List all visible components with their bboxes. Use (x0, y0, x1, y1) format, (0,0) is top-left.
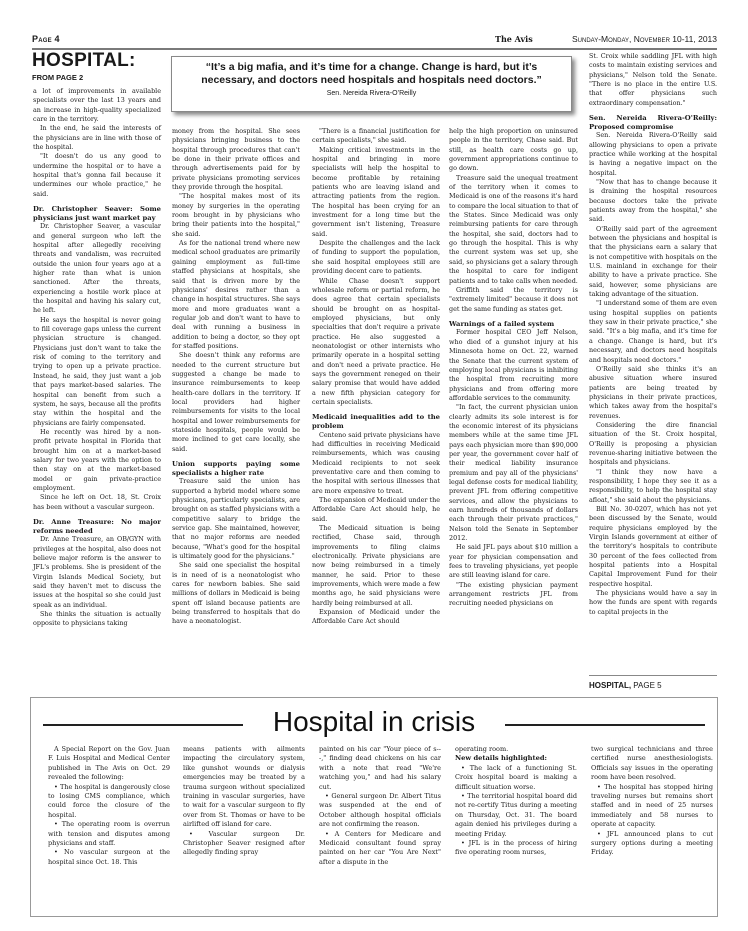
paragraph: Despite the challenges and the lack of f… (312, 239, 440, 276)
paragraph: He says the hospital is never going to f… (33, 316, 161, 428)
paragraph: Making critical investments in the hospi… (312, 146, 440, 239)
paragraph: "I think they now have a responsibility,… (589, 468, 717, 505)
paragraph: Centeno said private physicians have had… (312, 431, 440, 496)
article-column-4: help the high proportion on uninsured pe… (449, 127, 578, 609)
jump-label: HOSPITAL, (589, 681, 631, 690)
article-column-1: a lot of improvements in available speci… (33, 87, 161, 629)
paragraph: • Vascular surgeon Dr. Christopher Seave… (183, 830, 305, 858)
paragraph: Considering the dire financial situation… (589, 421, 717, 468)
paragraph: She said one specialist the hospital is … (172, 561, 300, 626)
paragraph: "The hospital makes most of its money by… (172, 192, 300, 239)
paragraph: Griffith said the territory is "extremel… (449, 286, 578, 314)
sidebar-column-3: painted on his car "Your piece of s---,"… (319, 745, 441, 867)
sidebar-column-5: two surgical technicians and three certi… (591, 745, 713, 858)
article-kicker: HOSPITAL: FROM PAGE 2 (32, 51, 162, 82)
paragraph: Treasure said the unequal treatment of t… (449, 174, 578, 286)
paragraph: painted on his car "Your piece of s---,"… (319, 745, 441, 792)
sidebar-column-4: operating room.New details highlighted:•… (455, 745, 577, 858)
title-rule-left (43, 724, 243, 726)
paragraph: The expansion of Medicaid under the Affo… (312, 496, 440, 524)
paragraph: Bill No. 30-0207, which has not yet been… (589, 505, 717, 589)
paragraph: Dr. Christopher Seaver, a vascular and g… (33, 222, 161, 315)
paragraph: The Medicaid situation is being rectifie… (312, 524, 440, 608)
paragraph: O'Reilly said part of the agreement betw… (589, 225, 717, 300)
paragraph: Treasure said the union has supported a … (172, 477, 300, 561)
paragraph: "In fact, the current physician union cl… (449, 403, 578, 543)
paragraph: help the high proportion on uninsured pe… (449, 127, 578, 174)
paragraph: • The operating room is overrun with ten… (48, 820, 170, 848)
article-column-2: money from the hospital. She sees physic… (172, 127, 300, 627)
continued-on-jump-line[interactable]: HOSPITAL, PAGE 5 (589, 675, 717, 690)
paragraph: He recently was hired by a non-profit pr… (33, 428, 161, 493)
subhead: New details highlighted: (455, 754, 577, 763)
title-rule-right (505, 724, 705, 726)
paragraph: • JFL announced plans to cut surgery opt… (591, 830, 713, 858)
paragraph: Since he left on Oct. 18, St. Croix has … (33, 493, 161, 512)
paragraph: • The hospital is dangerously close to l… (48, 783, 170, 821)
paragraph: • No vascular surgeon at the hospital si… (48, 848, 170, 867)
subhead: Dr. Anne Treasure: No major reforms need… (33, 518, 161, 535)
paragraph: • JFL is in the process of hiring five o… (455, 839, 577, 858)
pull-quote-attribution: Sen. Nereida Rivera-O’Reilly (172, 90, 571, 97)
paragraph: Sen. Nereida Rivera-O'Reilly said allowi… (589, 131, 717, 178)
paragraph: O'Reilly said she thinks it's an abusive… (589, 365, 717, 421)
paragraph: • General surgeon Dr. Albert Titus was s… (319, 792, 441, 830)
paragraph: money from the hospital. She sees physic… (172, 127, 300, 192)
subhead: Union supports paying some specialists a… (172, 460, 300, 477)
paragraph: She thinks the situation is actually opp… (33, 610, 161, 629)
paragraph: He said JFL pays about $10 million a yea… (449, 543, 578, 580)
paragraph: • The lack of a functioning St. Croix ho… (455, 764, 577, 792)
sidebar-column-2: means patients with ailments impacting t… (183, 745, 305, 858)
paragraph: A Special Report on the Gov. Juan F. Lui… (48, 745, 170, 783)
paragraph: In the end, he said the interests of the… (33, 124, 161, 152)
paragraph: "I understand some of them are even usin… (589, 299, 717, 364)
paragraph: St. Croix while saddling JFL with high c… (589, 52, 717, 108)
hospital-in-crisis-sidebar: Hospital in crisis A Special Report on t… (30, 697, 718, 917)
paragraph: Former hospital CEO Jeff Nelson, who die… (449, 328, 578, 403)
subhead: Warnings of a failed system (449, 320, 578, 329)
page-number: Page 4 (32, 34, 60, 44)
paragraph: As for the national trend where new medi… (172, 239, 300, 351)
issue-date: Sunday-Monday, November 10-11, 2013 (572, 34, 717, 44)
jump-page: PAGE 5 (631, 681, 662, 690)
paragraph: "There is a financial justification for … (312, 127, 440, 146)
paragraph: • The hospital has stopped hiring travel… (591, 783, 713, 830)
pull-quote-text: “It’s a big mafia, and it’s time for a c… (172, 61, 571, 86)
paragraph: Dr. Anne Treasure, an OB/GYN with privil… (33, 535, 161, 610)
paragraph: Expansion of Medicaid under the Affordab… (312, 608, 440, 627)
sidebar-column-1: A Special Report on the Gov. Juan F. Lui… (48, 745, 170, 867)
subhead: Sen. Nereida Rivera-O'Reilly: Proposed c… (589, 114, 717, 131)
paragraph: a lot of improvements in available speci… (33, 87, 161, 124)
article-column-5: St. Croix while saddling JFL with high c… (589, 52, 717, 617)
paragraph: "It doesn't do us any good to undermine … (33, 152, 161, 199)
paragraph: "The existing physician payment arrangem… (449, 581, 578, 609)
paragraph: She doesn't think any reforms are needed… (172, 351, 300, 454)
paragraph: "Now that has to change because it is dr… (589, 178, 717, 225)
paragraph: While Chase doesn't support wholesale re… (312, 277, 440, 408)
page-header: Page 4 The Avis Sunday-Monday, November … (32, 34, 717, 50)
kicker-title: HOSPITAL: (32, 51, 162, 71)
sidebar-title: Hospital in crisis (263, 706, 485, 737)
subhead: Medicaid inequalities add to the problem (312, 413, 440, 430)
paragraph: two surgical technicians and three certi… (591, 745, 713, 783)
paragraph: means patients with ailments impacting t… (183, 745, 305, 830)
sidebar-title-row: Hospital in crisis (31, 706, 717, 738)
subhead: Dr. Christopher Seaver: Some physicians … (33, 205, 161, 222)
paragraph: The physicians would have a say in how t… (589, 589, 717, 617)
paragraph: • The territorial hospital board did not… (455, 792, 577, 839)
paragraph: operating room. (455, 745, 577, 754)
article-column-3: "There is a financial justification for … (312, 127, 440, 627)
pull-quote: “It’s a big mafia, and it’s time for a c… (171, 56, 572, 112)
paragraph: • A Centers for Medicare and Medicaid co… (319, 830, 441, 868)
newspaper-nameplate: The Avis (495, 34, 533, 44)
kicker-subtitle: FROM PAGE 2 (32, 73, 162, 82)
